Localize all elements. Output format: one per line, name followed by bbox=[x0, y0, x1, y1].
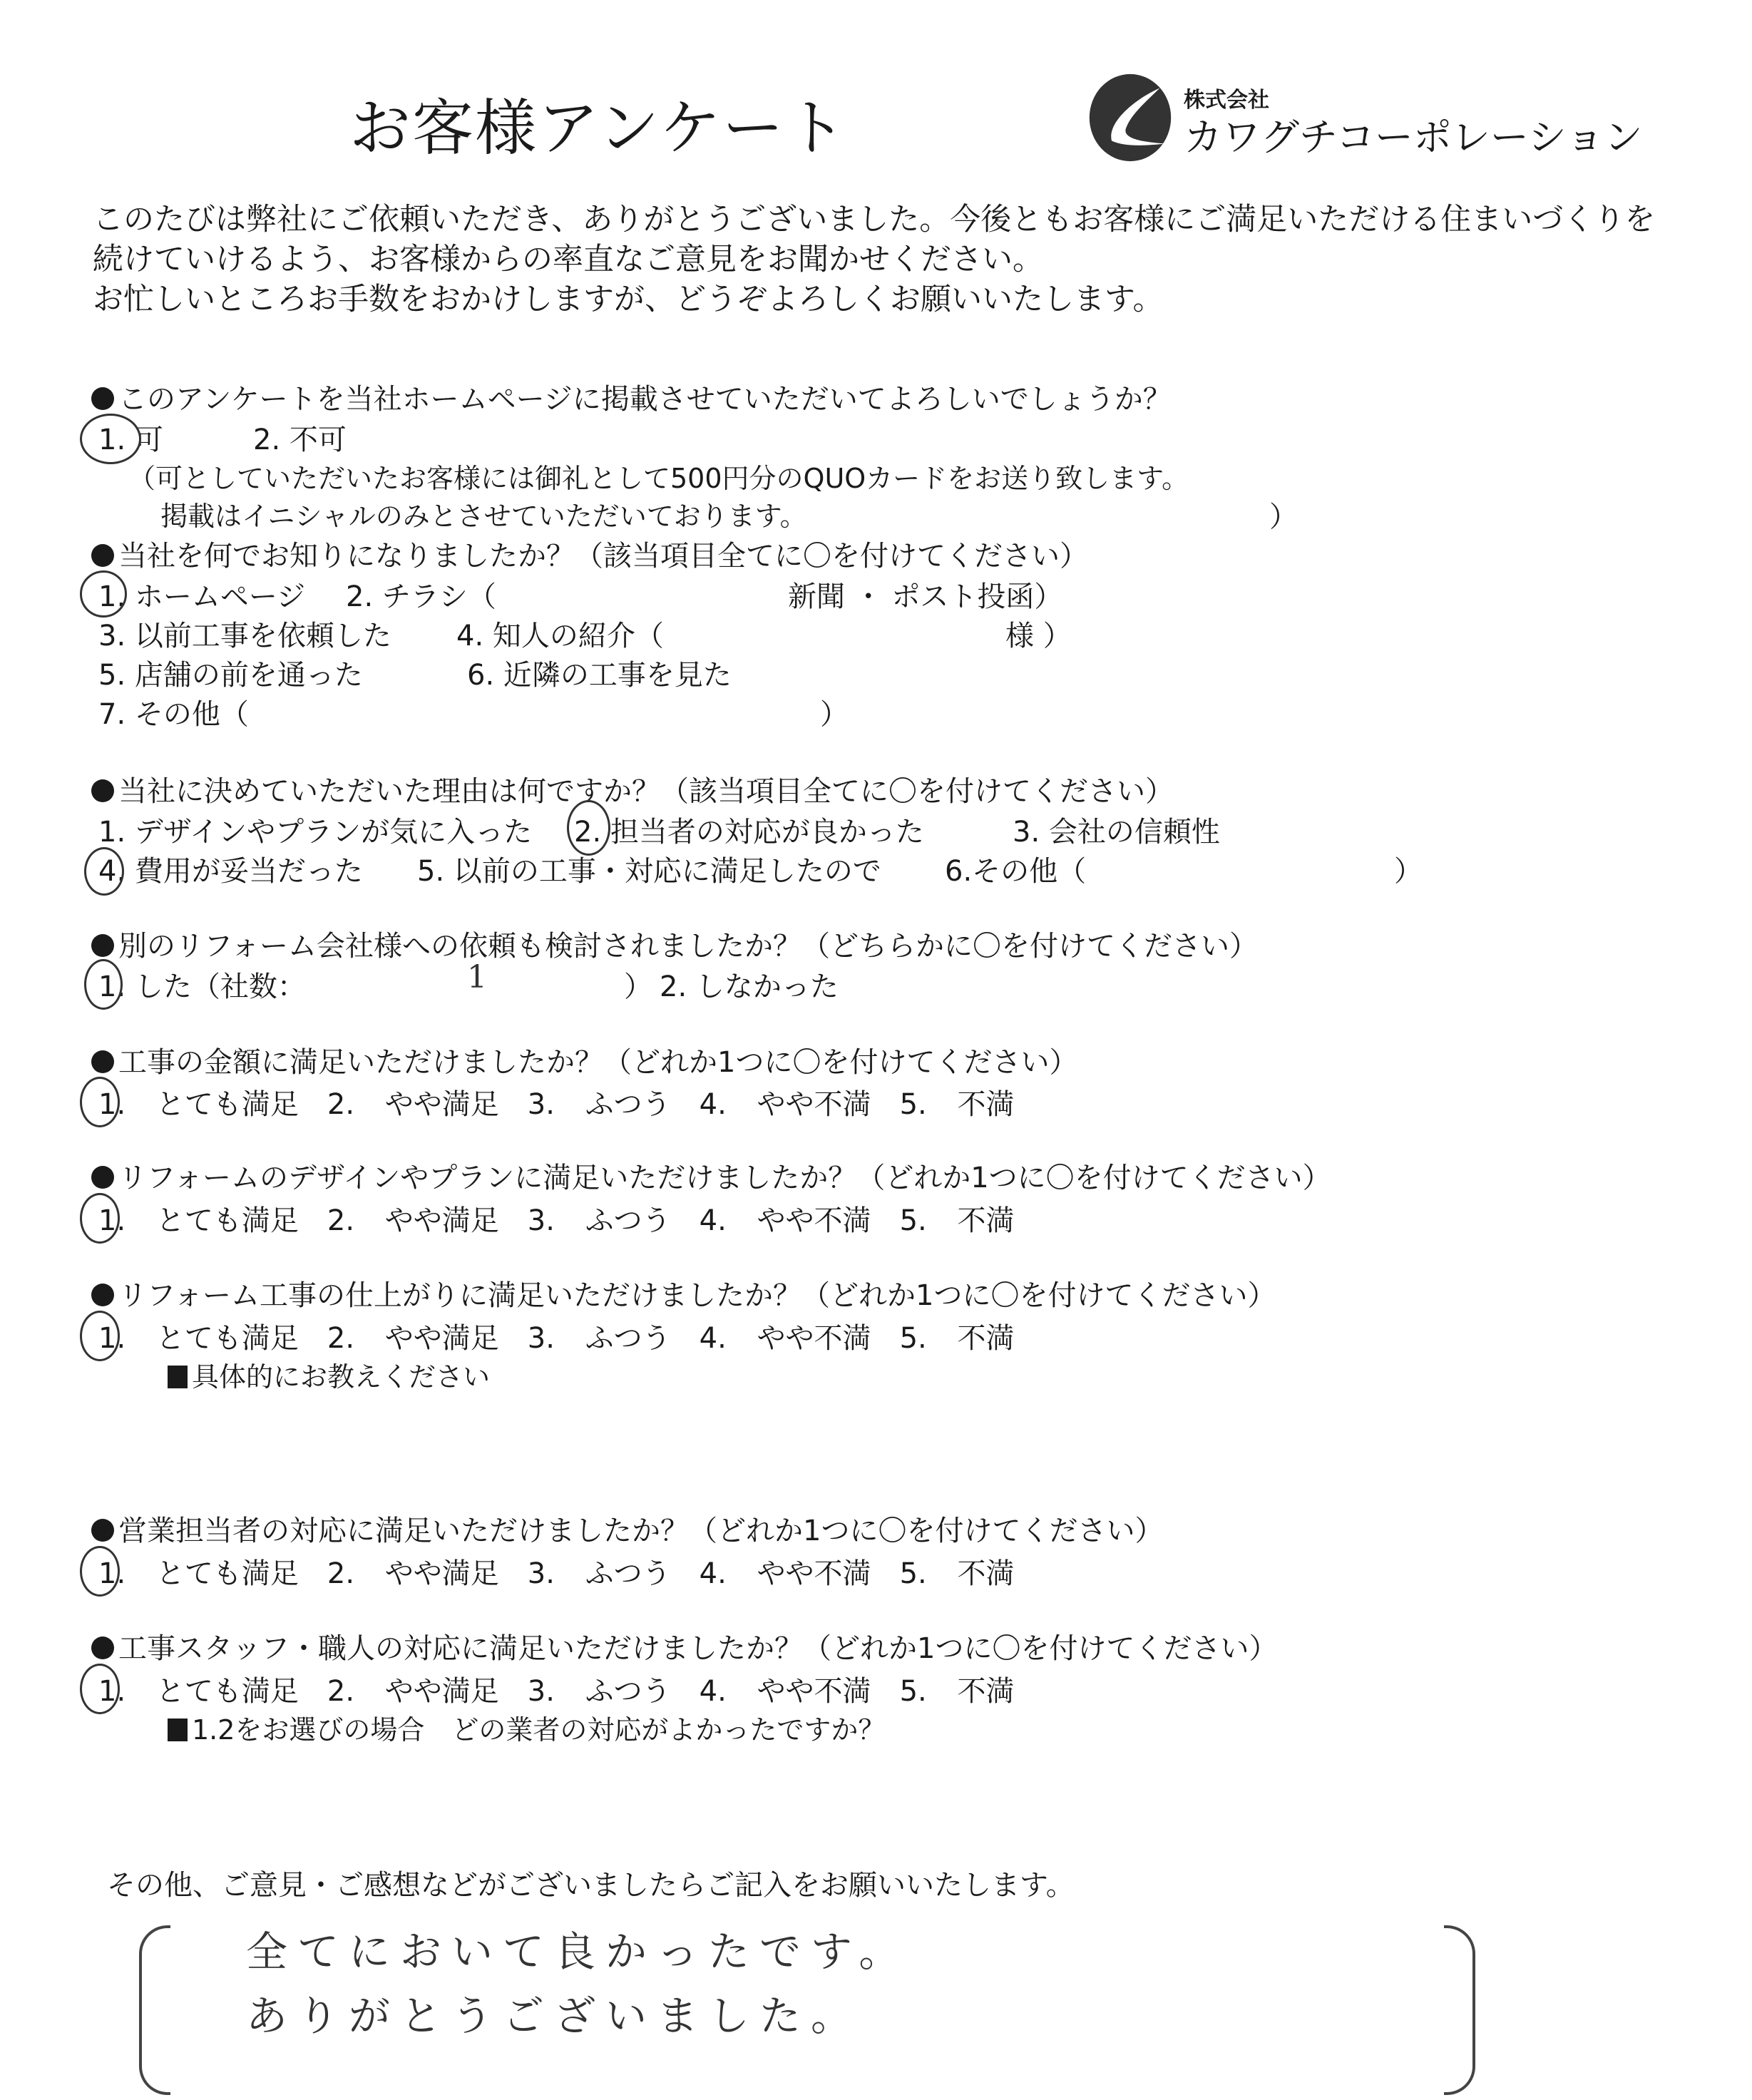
intro-line-1: このたびは弊社にご依頼いただき、ありがとうございました。今後ともお客様にご満足い… bbox=[93, 200, 1655, 240]
q5-options[interactable]: 1. とても満足 2. やや満足 3. ふつう 4. やや不満 5. 不満 bbox=[98, 1082, 1014, 1122]
q8-options[interactable]: 1. とても満足 2. やや満足 3. ふつう 4. やや不満 5. 不満 bbox=[98, 1551, 1014, 1592]
q3-option-6[interactable]: 6.その他（ bbox=[945, 849, 1086, 889]
bullet-icon bbox=[91, 934, 114, 957]
q8-option-2[interactable]: 2. やや満足 bbox=[327, 1557, 499, 1590]
q9-text: 工事スタッフ・職人の対応に満足いただけましたか？（どれか1つに〇を付けてください… bbox=[118, 1632, 1277, 1665]
q6-text: リフォームのデザインやプランに満足いただけましたか？（どれか1つに〇を付けてくだ… bbox=[118, 1162, 1331, 1194]
q7-text: リフォーム工事の仕上がりに満足いただけましたか？（どれか1つに〇を付けてください… bbox=[118, 1279, 1276, 1312]
q5-question: 工事の金額に満足いただけましたか？（どれか1つに〇を付けてください） bbox=[91, 1040, 1077, 1080]
q2-option-4-close: 様 ） bbox=[1005, 613, 1072, 654]
q5-option-2[interactable]: 2. やや満足 bbox=[327, 1088, 499, 1121]
bullet-icon bbox=[91, 387, 114, 410]
square-bullet-icon bbox=[168, 1366, 188, 1388]
q7-sub-text: 具体的にお教えください bbox=[192, 1361, 490, 1393]
q6-question: リフォームのデザインやプランに満足いただけましたか？（どれか1つに〇を付けてくだ… bbox=[91, 1155, 1331, 1196]
q8-question: 営業担当者の対応に満足いただけましたか？（どれか1つに〇を付けてください） bbox=[91, 1508, 1163, 1549]
q1-question: このアンケートを当社ホームページに掲載させていただいてよろしいでしょうか？ bbox=[91, 377, 1172, 417]
q8-selected-circle bbox=[80, 1546, 120, 1597]
q9-option-4[interactable]: 4. やや不満 bbox=[700, 1675, 871, 1708]
q9-option-3[interactable]: 3. ふつう bbox=[528, 1675, 671, 1708]
handwritten-comment-line-2: ありがとうございました。 bbox=[246, 1982, 862, 2042]
q6-selected-circle bbox=[80, 1193, 120, 1244]
q2-option-2[interactable]: 2. チラシ（ bbox=[346, 574, 496, 615]
q3-question: 当社に決めていただいた理由は何ですか？（該当項目全てに〇を付けてください） bbox=[91, 769, 1174, 809]
q5-option-5[interactable]: 5. 不満 bbox=[900, 1088, 1015, 1121]
q8-text: 営業担当者の対応に満足いただけましたか？（どれか1つに〇を付けてください） bbox=[118, 1515, 1163, 1547]
q3-option-6-close: ） bbox=[1394, 849, 1423, 889]
q6-options[interactable]: 1. とても満足 2. やや満足 3. ふつう 4. やや不満 5. 不満 bbox=[98, 1198, 1014, 1239]
q3-option-2[interactable]: 2. 担当者の対応が良かった bbox=[574, 809, 924, 850]
q9-options[interactable]: 1. とても満足 2. やや満足 3. ふつう 4. やや不満 5. 不満 bbox=[98, 1669, 1014, 1709]
survey-title: お客様アンケート bbox=[349, 78, 848, 167]
q3-option-1[interactable]: 1. デザインやプランが気に入った bbox=[98, 809, 532, 850]
q2-option-3[interactable]: 3. 以前工事を依頼した bbox=[98, 613, 391, 654]
q2-option-5[interactable]: 5. 店舗の前を通った bbox=[98, 652, 363, 693]
q7-question: リフォーム工事の仕上がりに満足いただけましたか？（どれか1つに〇を付けてください… bbox=[91, 1273, 1276, 1313]
q9-selected-circle bbox=[80, 1664, 120, 1714]
q6-option-3[interactable]: 3. ふつう bbox=[528, 1204, 671, 1237]
q2-option-7-close: ） bbox=[820, 692, 849, 732]
q6-option-4[interactable]: 4. やや不満 bbox=[700, 1204, 871, 1237]
bullet-icon bbox=[91, 1637, 114, 1659]
comment-box-right-bracket bbox=[1444, 1925, 1475, 2095]
q7-sub-prompt: 具体的にお教えください bbox=[168, 1355, 490, 1394]
q6-option-1[interactable]: 1. とても満足 bbox=[98, 1204, 299, 1237]
q7-options[interactable]: 1. とても満足 2. やや満足 3. ふつう 4. やや不満 5. 不満 bbox=[98, 1316, 1014, 1356]
q1-note-1: （可としていただいたお客様には御礼として500円分のQUOカードをお送り致します… bbox=[128, 456, 1189, 496]
q1-text: このアンケートを当社ホームページに掲載させていただいてよろしいでしょうか？ bbox=[118, 383, 1172, 416]
q3-option-3[interactable]: 3. 会社の信頼性 bbox=[1013, 809, 1220, 850]
handwritten-comment-line-1: 全てにおいて良かったです。 bbox=[246, 1918, 910, 1978]
q6-option-2[interactable]: 2. やや満足 bbox=[327, 1204, 499, 1237]
company-logo-icon bbox=[1084, 71, 1177, 164]
q1-note-2: 掲載はイニシャルのみとさせていただいております。 bbox=[160, 494, 807, 533]
q2-text: 当社を何でお知りになりましたか？（該当項目全てに〇を付けてください） bbox=[118, 540, 1088, 573]
q7-option-1[interactable]: 1. とても満足 bbox=[98, 1322, 299, 1355]
bullet-icon bbox=[91, 544, 114, 567]
q2-selected-circle bbox=[80, 570, 127, 618]
q5-selected-circle bbox=[80, 1077, 120, 1127]
q5-option-4[interactable]: 4. やや不満 bbox=[700, 1088, 871, 1121]
q9-option-1[interactable]: 1. とても満足 bbox=[98, 1675, 299, 1708]
bullet-icon bbox=[91, 1284, 114, 1306]
intro-text: このたびは弊社にご依頼いただき、ありがとうございました。今後ともお客様にご満足い… bbox=[93, 200, 1655, 319]
q4-option-1[interactable]: 1. した（社数： bbox=[98, 964, 306, 1005]
bullet-icon bbox=[91, 779, 114, 802]
q1-note-close: ） bbox=[1269, 494, 1298, 535]
bullet-icon bbox=[91, 1050, 114, 1073]
q8-option-4[interactable]: 4. やや不満 bbox=[700, 1557, 871, 1590]
q3-selected-circle-2 bbox=[567, 800, 610, 856]
q4-text: 別のリフォーム会社様への依頼も検討されましたか？（どちらかに〇を付けてください） bbox=[118, 930, 1258, 963]
q4-count-answer: 1 bbox=[467, 959, 497, 995]
q7-option-3[interactable]: 3. ふつう bbox=[528, 1322, 671, 1355]
q5-option-1[interactable]: 1. とても満足 bbox=[98, 1088, 299, 1121]
intro-line-2: 続けていけるよう、お客様からの率直なご意見をお聞かせください。 bbox=[93, 240, 1655, 280]
q8-option-3[interactable]: 3. ふつう bbox=[528, 1557, 671, 1590]
q2-option-2-detail[interactable]: 新聞 ・ ポスト投函） bbox=[788, 574, 1062, 615]
q4-question: 別のリフォーム会社様への依頼も検討されましたか？（どちらかに〇を付けてください） bbox=[91, 923, 1258, 964]
q7-option-2[interactable]: 2. やや満足 bbox=[327, 1322, 499, 1355]
q8-option-1[interactable]: 1. とても満足 bbox=[98, 1557, 299, 1590]
q7-option-5[interactable]: 5. 不満 bbox=[900, 1322, 1015, 1355]
q9-sub-prompt: 1.2をお選びの場合 どの業者の対応がよかったですか？ bbox=[168, 1708, 885, 1747]
company-name: カワグチコーポレーション bbox=[1184, 107, 1643, 162]
q5-option-3[interactable]: 3. ふつう bbox=[528, 1088, 671, 1121]
q2-option-7[interactable]: 7. その他（ bbox=[98, 692, 249, 732]
q9-option-5[interactable]: 5. 不満 bbox=[900, 1675, 1015, 1708]
bullet-icon bbox=[91, 1519, 114, 1542]
q7-option-4[interactable]: 4. やや不満 bbox=[700, 1322, 871, 1355]
q6-option-5[interactable]: 5. 不満 bbox=[900, 1204, 1015, 1237]
comments-prompt: その他、ご意見・ご感想などがございましたらご記入をお願いいたします。 bbox=[107, 1863, 1075, 1903]
q9-question: 工事スタッフ・職人の対応に満足いただけましたか？（どれか1つに〇を付けてください… bbox=[91, 1626, 1277, 1666]
q8-option-5[interactable]: 5. 不満 bbox=[900, 1557, 1015, 1590]
intro-line-3: お忙しいところお手数をおかけしますが、どうぞよろしくお願いいたします。 bbox=[93, 280, 1655, 319]
q9-option-2[interactable]: 2. やや満足 bbox=[327, 1675, 499, 1708]
q5-text: 工事の金額に満足いただけましたか？（どれか1つに〇を付けてください） bbox=[118, 1046, 1077, 1079]
q2-option-1[interactable]: 1. ホームページ bbox=[98, 574, 305, 615]
q9-sub-text: 1.2をお選びの場合 どの業者の対応がよかったですか？ bbox=[192, 1714, 885, 1746]
q4-option-1-close: ） bbox=[624, 964, 652, 1005]
q3-option-5[interactable]: 5. 以前の工事・対応に満足したので bbox=[417, 849, 881, 889]
q2-question: 当社を何でお知りになりましたか？（該当項目全てに〇を付けてください） bbox=[91, 533, 1088, 574]
q3-option-4[interactable]: 4. 費用が妥当だった bbox=[98, 849, 363, 889]
q3-selected-circle-4 bbox=[84, 847, 124, 896]
q4-option-2[interactable]: 2. しなかった bbox=[660, 964, 839, 1005]
square-bullet-icon bbox=[168, 1719, 188, 1741]
bullet-icon bbox=[91, 1166, 114, 1189]
q2-option-6[interactable]: 6. 近隣の工事を見た bbox=[467, 652, 732, 693]
q3-text: 当社に決めていただいた理由は何ですか？（該当項目全てに〇を付けてください） bbox=[118, 775, 1174, 808]
q2-option-4[interactable]: 4. 知人の紹介（ bbox=[456, 613, 664, 654]
q7-selected-circle bbox=[80, 1311, 120, 1361]
q1-option-2[interactable]: 2. 不可 bbox=[253, 417, 347, 458]
comment-box-left-bracket bbox=[139, 1925, 170, 2095]
q4-selected-circle bbox=[84, 959, 123, 1010]
